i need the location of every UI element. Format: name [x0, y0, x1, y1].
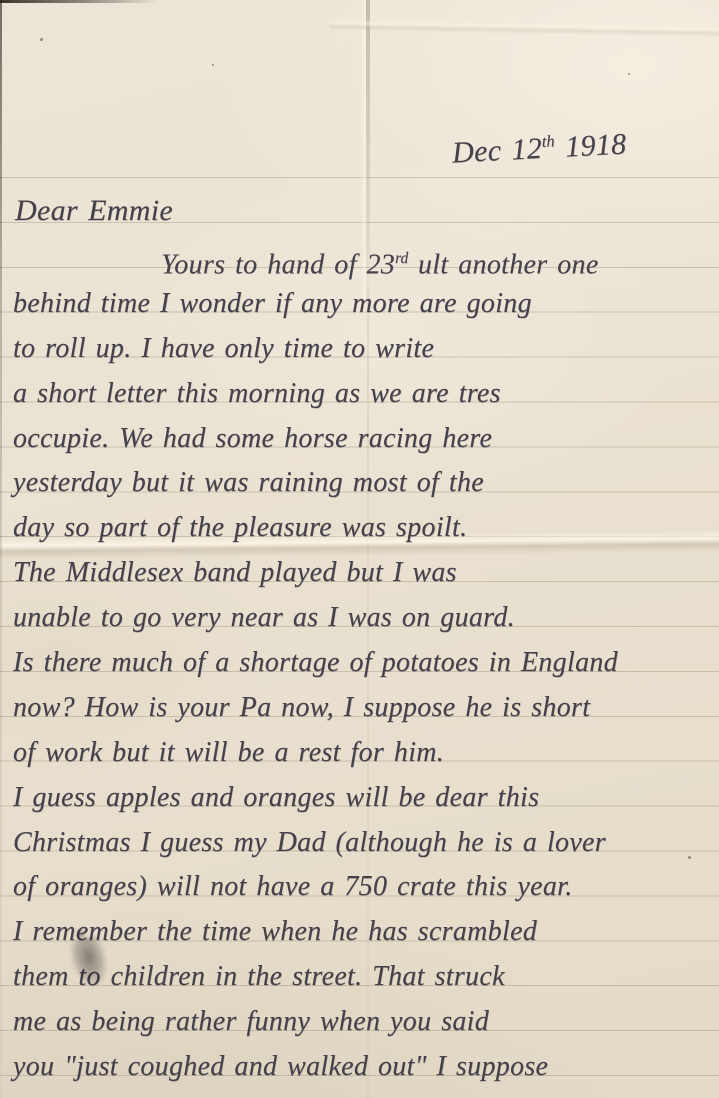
opening-line-rest: ult another one — [408, 249, 598, 280]
letter-line: Christmas I guess my Dad (although he is… — [13, 821, 715, 866]
salutation: Dear Emmie — [15, 194, 173, 228]
opening-line-text: Yours to hand of 23 — [161, 249, 395, 280]
date-ordinal-superscript: th — [541, 131, 555, 151]
letter-paper: Dec 12th 1918 Dear Emmie Yours to hand o… — [0, 0, 719, 1098]
letter-line: yesterday but it was raining most of the — [13, 461, 715, 506]
ink-speck — [628, 73, 630, 75]
letter-line: now? How is your Pa now, I suppose he is… — [13, 686, 715, 731]
opening-line-ordinal-superscript: rd — [395, 250, 408, 267]
scan-edge-top — [0, 0, 158, 3]
letter-line: me as being rather funny when you said — [13, 1000, 715, 1045]
letter-date: Dec 12th 1918 — [451, 127, 627, 170]
letter-body: Yours to hand of 23rd ult another one be… — [13, 237, 715, 1090]
letter-line: of oranges) will not have a 750 crate th… — [13, 865, 715, 910]
letter-line: you "just coughed and walked out" I supp… — [13, 1045, 715, 1090]
letter-line: to roll up. I have only time to write — [13, 327, 715, 372]
letter-line: behind time I wonder if any more are goi… — [13, 282, 715, 327]
letter-line: Is there much of a shortage of potatoes … — [13, 641, 715, 686]
ink-speck — [212, 64, 214, 66]
letter-line: them to children in the street. That str… — [13, 955, 715, 1000]
date-year: 1918 — [554, 127, 627, 164]
scan-edge-left — [0, 0, 2, 1098]
letter-line: The Middlesex band played but I was — [13, 551, 715, 596]
letter-line: I guess apples and oranges will be dear … — [13, 776, 715, 821]
letter-line-opening: Yours to hand of 23rd ult another one — [13, 237, 715, 282]
letter-line: of work but it will be a rest for him. — [13, 731, 715, 776]
top-wrinkle-crease — [330, 19, 719, 38]
date-text: Dec 12 — [451, 132, 543, 170]
letter-line: unable to go very near as I was on guard… — [13, 596, 715, 641]
letter-line: day so part of the pleasure was spoilt. — [13, 506, 715, 551]
letter-line: occupie. We had some horse racing here — [13, 417, 715, 462]
letter-line: a short letter this morning as we are tr… — [13, 372, 715, 417]
ink-speck — [40, 38, 43, 41]
letter-line: I remember the time when he has scramble… — [13, 910, 715, 955]
